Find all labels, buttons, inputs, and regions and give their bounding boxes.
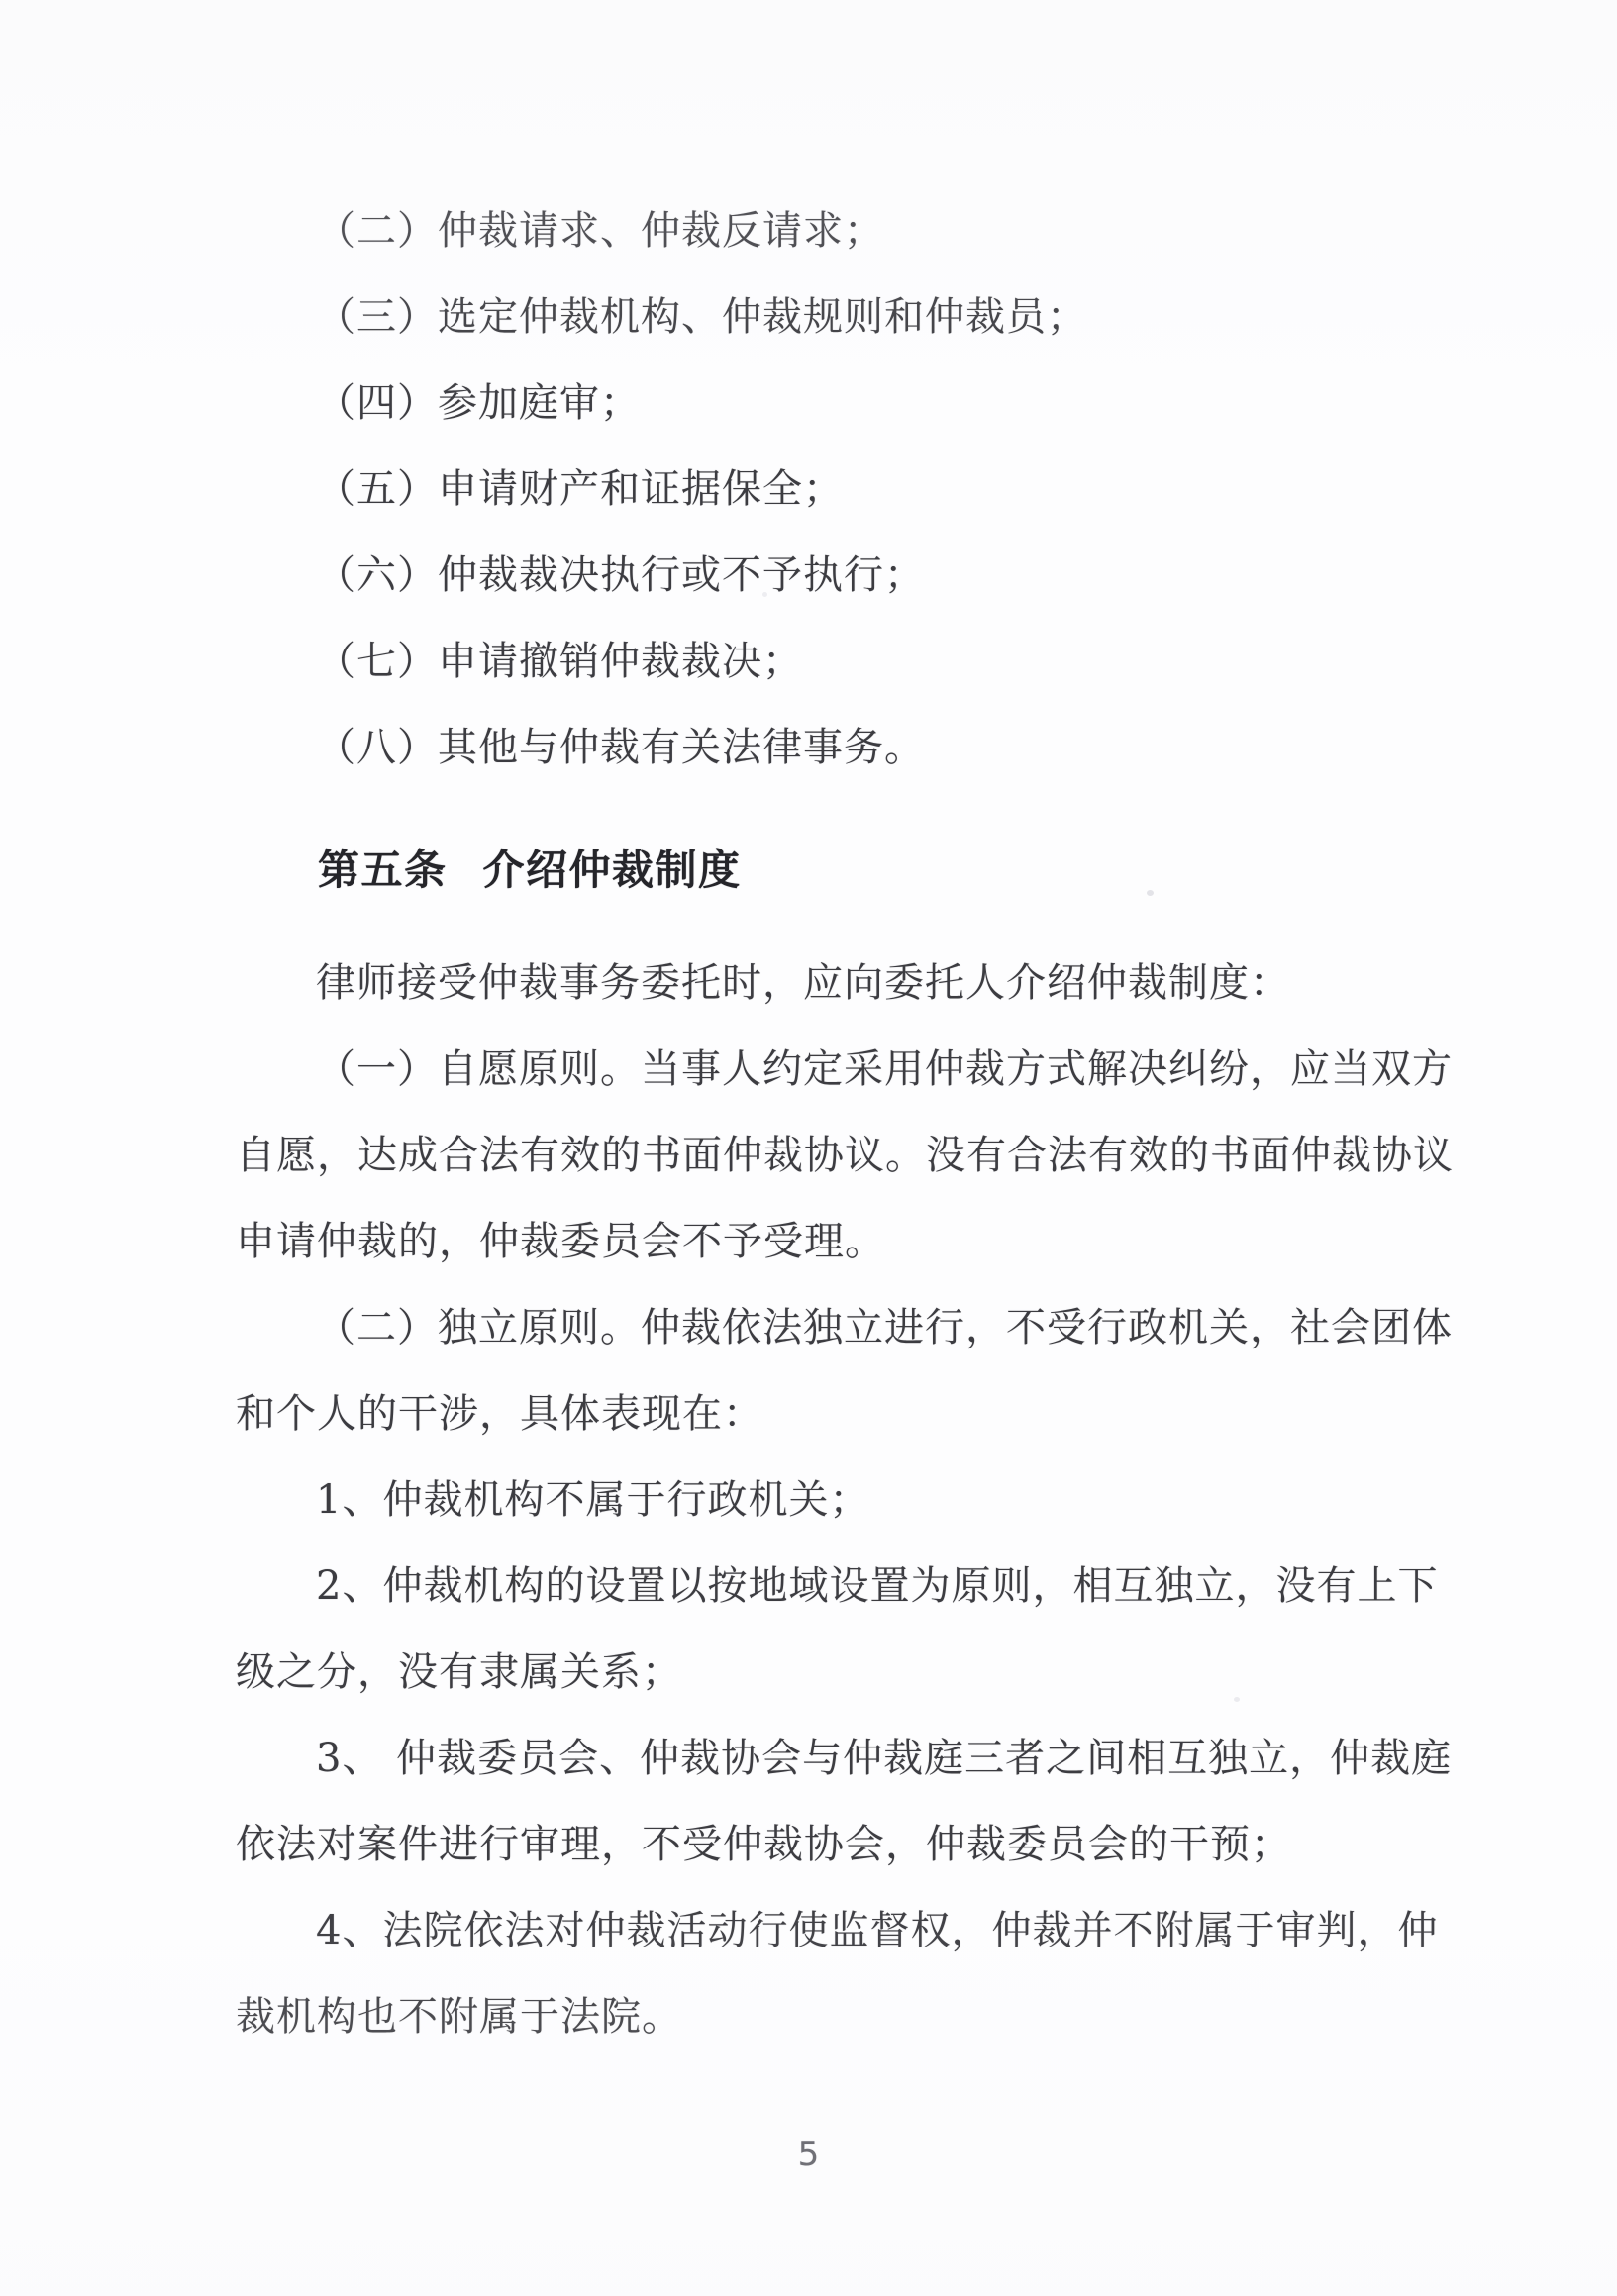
- article-heading: 第五条介绍仲裁制度: [236, 827, 1464, 913]
- list-item: （五）申请财产和证据保全；: [236, 447, 1464, 533]
- list-item: 3、 仲裁委员会、仲裁协会与仲裁庭三者之间相互独立，仲裁庭: [236, 1716, 1464, 1802]
- paragraph-line: 自愿，达成合法有效的书面仲裁协议。没有合法有效的书面仲裁协议: [236, 1113, 1464, 1199]
- list-item: （七）申请撤销仲裁裁决；: [236, 619, 1464, 705]
- list-item: （二）仲裁请求、仲裁反请求；: [236, 188, 1464, 274]
- article-number: 第五条: [318, 846, 448, 894]
- paragraph-line: 和个人的干涉，具体表现在：: [236, 1371, 1464, 1457]
- list-item: 1、仲裁机构不属于行政机关；: [236, 1457, 1464, 1544]
- list-item: 裁机构也不附属于法院。: [236, 1974, 1464, 2060]
- page-number: 5: [0, 2131, 1617, 2178]
- list-item: （三）选定仲裁机构、仲裁规则和仲裁员；: [236, 274, 1464, 360]
- list-item: 2、仲裁机构的设置以按地域设置为原则，相互独立，没有上下: [236, 1544, 1464, 1630]
- list-item: 依法对案件进行审理，不受仲裁协会，仲裁委员会的干预；: [236, 1802, 1464, 1888]
- list-item: 级之分，没有隶属关系；: [236, 1630, 1464, 1716]
- paragraph-line: （一）自愿原则。当事人约定采用仲裁方式解决纠纷，应当双方: [236, 1027, 1464, 1113]
- list-item: （六）仲裁裁决执行或不予执行；: [236, 533, 1464, 619]
- document-page: （二）仲裁请求、仲裁反请求； （三）选定仲裁机构、仲裁规则和仲裁员； （四）参加…: [0, 0, 1617, 2296]
- list-item: 4、法院依法对仲裁活动行使监督权，仲裁并不附属于审判，仲: [236, 1888, 1464, 1974]
- list-item: （四）参加庭审；: [236, 360, 1464, 447]
- paragraph-line: （二）独立原则。仲裁依法独立进行，不受行政机关，社会团体: [236, 1285, 1464, 1371]
- document-body: （二）仲裁请求、仲裁反请求； （三）选定仲裁机构、仲裁规则和仲裁员； （四）参加…: [236, 188, 1464, 2060]
- article-title: 介绍仲裁制度: [483, 846, 742, 894]
- list-item: （八）其他与仲裁有关法律事务。: [236, 705, 1464, 791]
- paragraph-line: 申请仲裁的，仲裁委员会不予受理。: [236, 1199, 1464, 1285]
- paragraph-line: 律师接受仲裁事务委托时，应向委托人介绍仲裁制度：: [236, 941, 1464, 1027]
